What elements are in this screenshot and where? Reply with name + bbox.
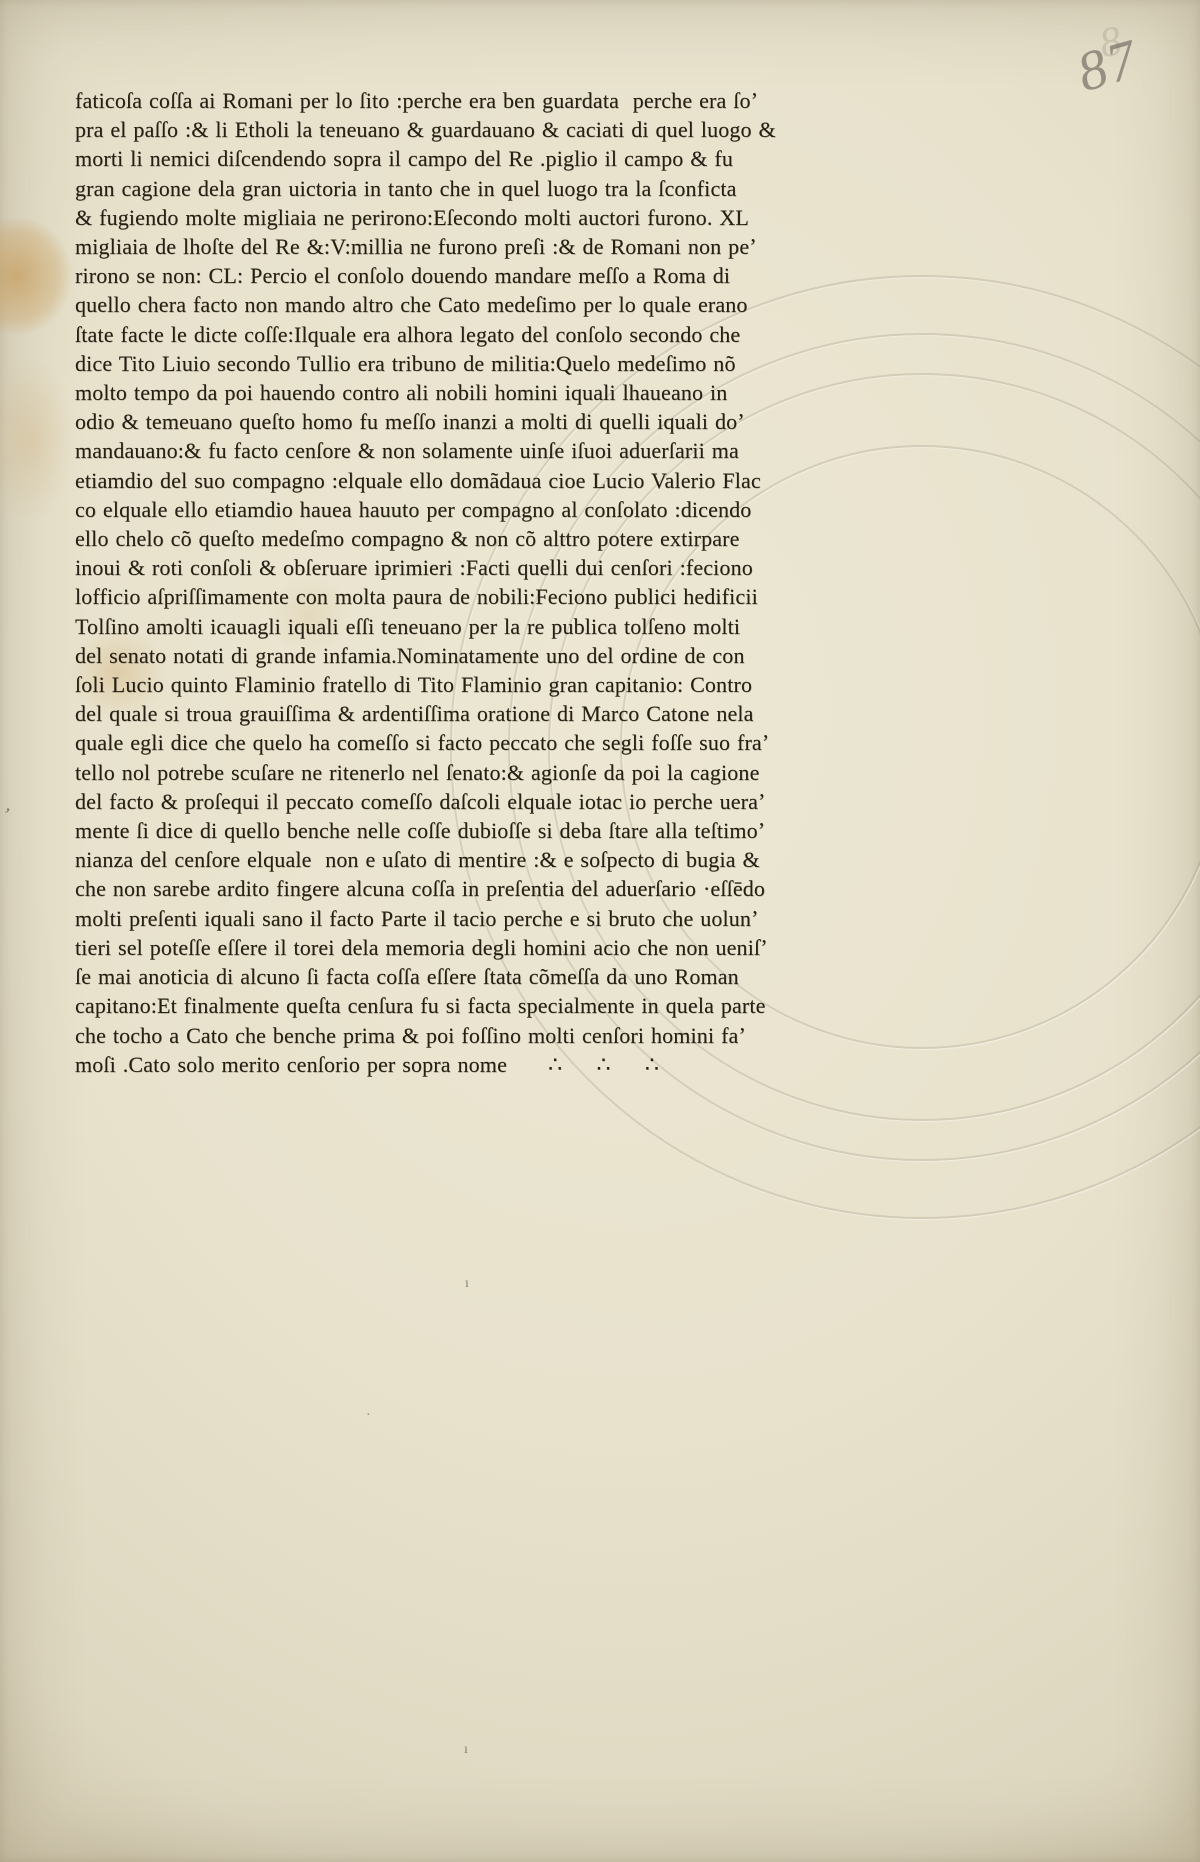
text-line: gran cagione dela gran uictoria in tanto… xyxy=(75,174,835,203)
text-line: tieri sel poteſſe eſſere il torei dela m… xyxy=(75,933,835,962)
text-line: che non sarebe ardito fingere alcuna coſ… xyxy=(75,874,835,903)
text-line: molti preſenti iquali sano il facto Part… xyxy=(75,904,835,933)
text-line: mente ſi dice di quello benche nelle coſ… xyxy=(75,816,835,845)
text-line: nianza del cenſore elquale non e uſato d… xyxy=(75,845,835,874)
text-line: ſoli Lucio quinto Flaminio fratello di T… xyxy=(75,670,835,699)
text-line: mandauano:& fu facto cenſore & non solam… xyxy=(75,436,835,465)
text-line: etiamdio del suo compagno :elquale ello … xyxy=(75,466,835,495)
text-line: odio & temeuano queſto homo fu meſſo ina… xyxy=(75,407,835,436)
text-line: molto tempo da poi hauendo contro ali no… xyxy=(75,378,835,407)
text-line: del facto & proſequi il peccato comeſſo … xyxy=(75,787,835,816)
text-line: inoui & roti conſoli & obſeruare iprimie… xyxy=(75,553,835,582)
text-line: che tocho a Cato che benche prima & poi … xyxy=(75,1021,835,1050)
text-line: pra el paſſo :& li Etholi la teneuano & … xyxy=(75,115,835,144)
text-line: quale egli dice che quelo ha comeſſo si … xyxy=(75,728,835,757)
text-line: quello chera facto non mando altro che C… xyxy=(75,290,835,319)
text-line: Tolſino amolti icauagli iquali eſſi tene… xyxy=(75,612,835,641)
text-line: morti li nemici diſcendendo sopra il cam… xyxy=(75,144,835,173)
pencil-speck: ı xyxy=(465,1276,469,1292)
text-line: & fugiendo molte migliaia ne perirono:Eſ… xyxy=(75,203,835,232)
scanned-page: 8 87 faticoſa coſſa ai Romani per lo ſit… xyxy=(0,0,1200,1862)
text-line: faticoſa coſſa ai Romani per lo ſito :pe… xyxy=(75,86,835,115)
text-line: moſi .Cato solo merito cenſorio per sopr… xyxy=(75,1050,835,1079)
folio-number: 87 xyxy=(1070,27,1145,105)
pencil-speck: · xyxy=(366,1408,371,1424)
text-line: capitano:Et finalmente queſta cenſura fu… xyxy=(75,991,835,1020)
text-line: dice Tito Liuio secondo Tullio era tribu… xyxy=(75,349,835,378)
text-line: tello nol potrebe scuſare ne ritenerlo n… xyxy=(75,758,835,787)
text-line: del quale si troua grauiſſima & ardentiſ… xyxy=(75,699,835,728)
text-line: lofficio aſpriſſimamente con molta paura… xyxy=(75,582,835,611)
text-line: migliaia de lhoſte del Re &:V:millia ne … xyxy=(75,232,835,261)
text-line: ſtate facte le dicte coſſe:Ilquale era a… xyxy=(75,320,835,349)
pencil-speck: ı xyxy=(464,1742,468,1758)
text-line: co elquale ello etiamdio hauea hauuto pe… xyxy=(75,495,835,524)
text-line: del senato notati di grande infamia.Nomi… xyxy=(75,641,835,670)
text-line: ſe mai anoticia di alcuno ſi facta coſſa… xyxy=(75,962,835,991)
pencil-speck: ʼ xyxy=(0,804,13,828)
text-block: faticoſa coſſa ai Romani per lo ſito :pe… xyxy=(75,86,835,1079)
text-line: ello chelo cõ queſto medeſmo compagno & … xyxy=(75,524,835,553)
text-line: rirono se non: CL: Percio el conſolo dou… xyxy=(75,261,835,290)
